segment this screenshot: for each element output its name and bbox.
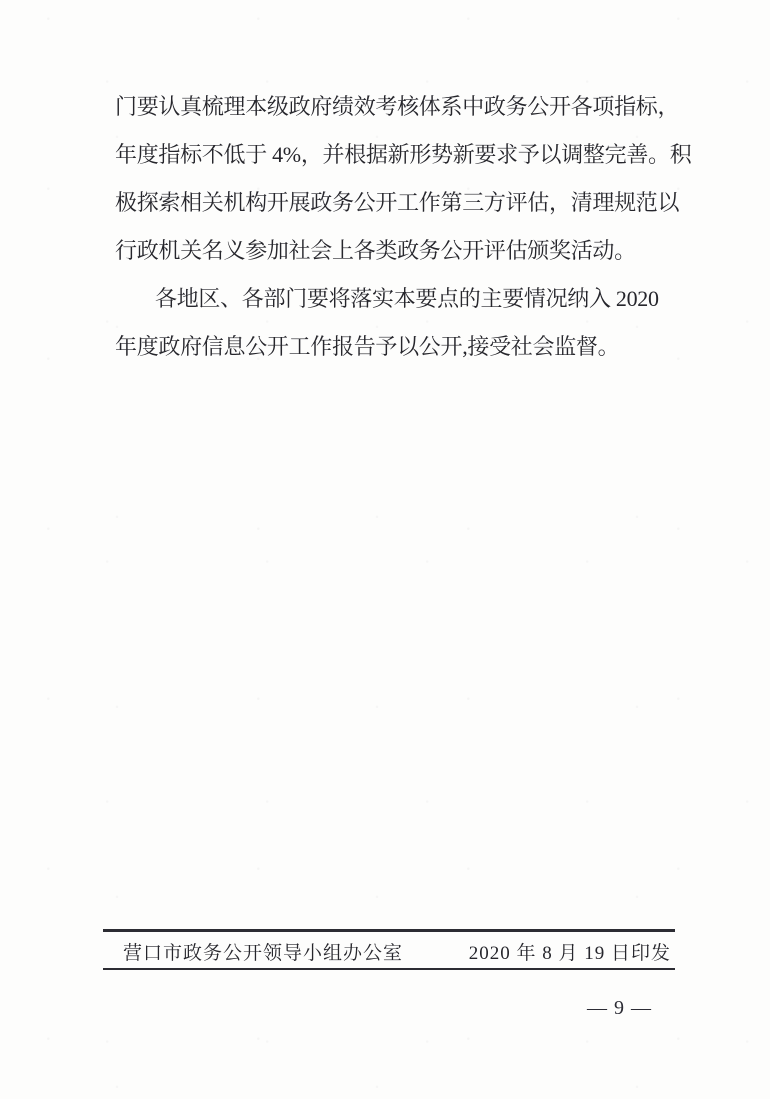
issuing-office-label: 营口市政务公开领导小组办公室	[103, 941, 403, 967]
print-date-label: 2020 年 8 月 19 日印发	[469, 941, 675, 967]
paragraph2-line1: 各地区、各部门要将落实本要点的主要情况纳入 2020	[115, 275, 687, 323]
footer-rule-top	[103, 929, 675, 932]
page-number: — 9 —	[587, 997, 652, 1020]
paragraph1-line2: 年度指标不低于 4%，并根据新形势新要求予以调整完善。积	[115, 131, 687, 179]
footer-rule-bottom	[103, 968, 675, 970]
document-page: 门要认真梳理本级政府绩效考核体系中政务公开各项指标， 年度指标不低于 4%，并根…	[0, 0, 770, 1099]
paragraph2-line2: 年度政府信息公开工作报告予以公开,接受社会监督。	[115, 323, 687, 371]
paragraph1-line4: 行政机关名义参加社会上各类政务公开评估颁奖活动。	[115, 227, 687, 275]
colophon-row: 营口市政务公开领导小组办公室 2020 年 8 月 19 日印发	[103, 941, 675, 967]
paragraph1-line3: 极探索相关机构开展政务公开工作第三方评估，清理规范以	[115, 179, 687, 227]
body-text-block: 门要认真梳理本级政府绩效考核体系中政务公开各项指标， 年度指标不低于 4%，并根…	[115, 83, 687, 371]
paragraph1-line1: 门要认真梳理本级政府绩效考核体系中政务公开各项指标，	[115, 83, 687, 131]
